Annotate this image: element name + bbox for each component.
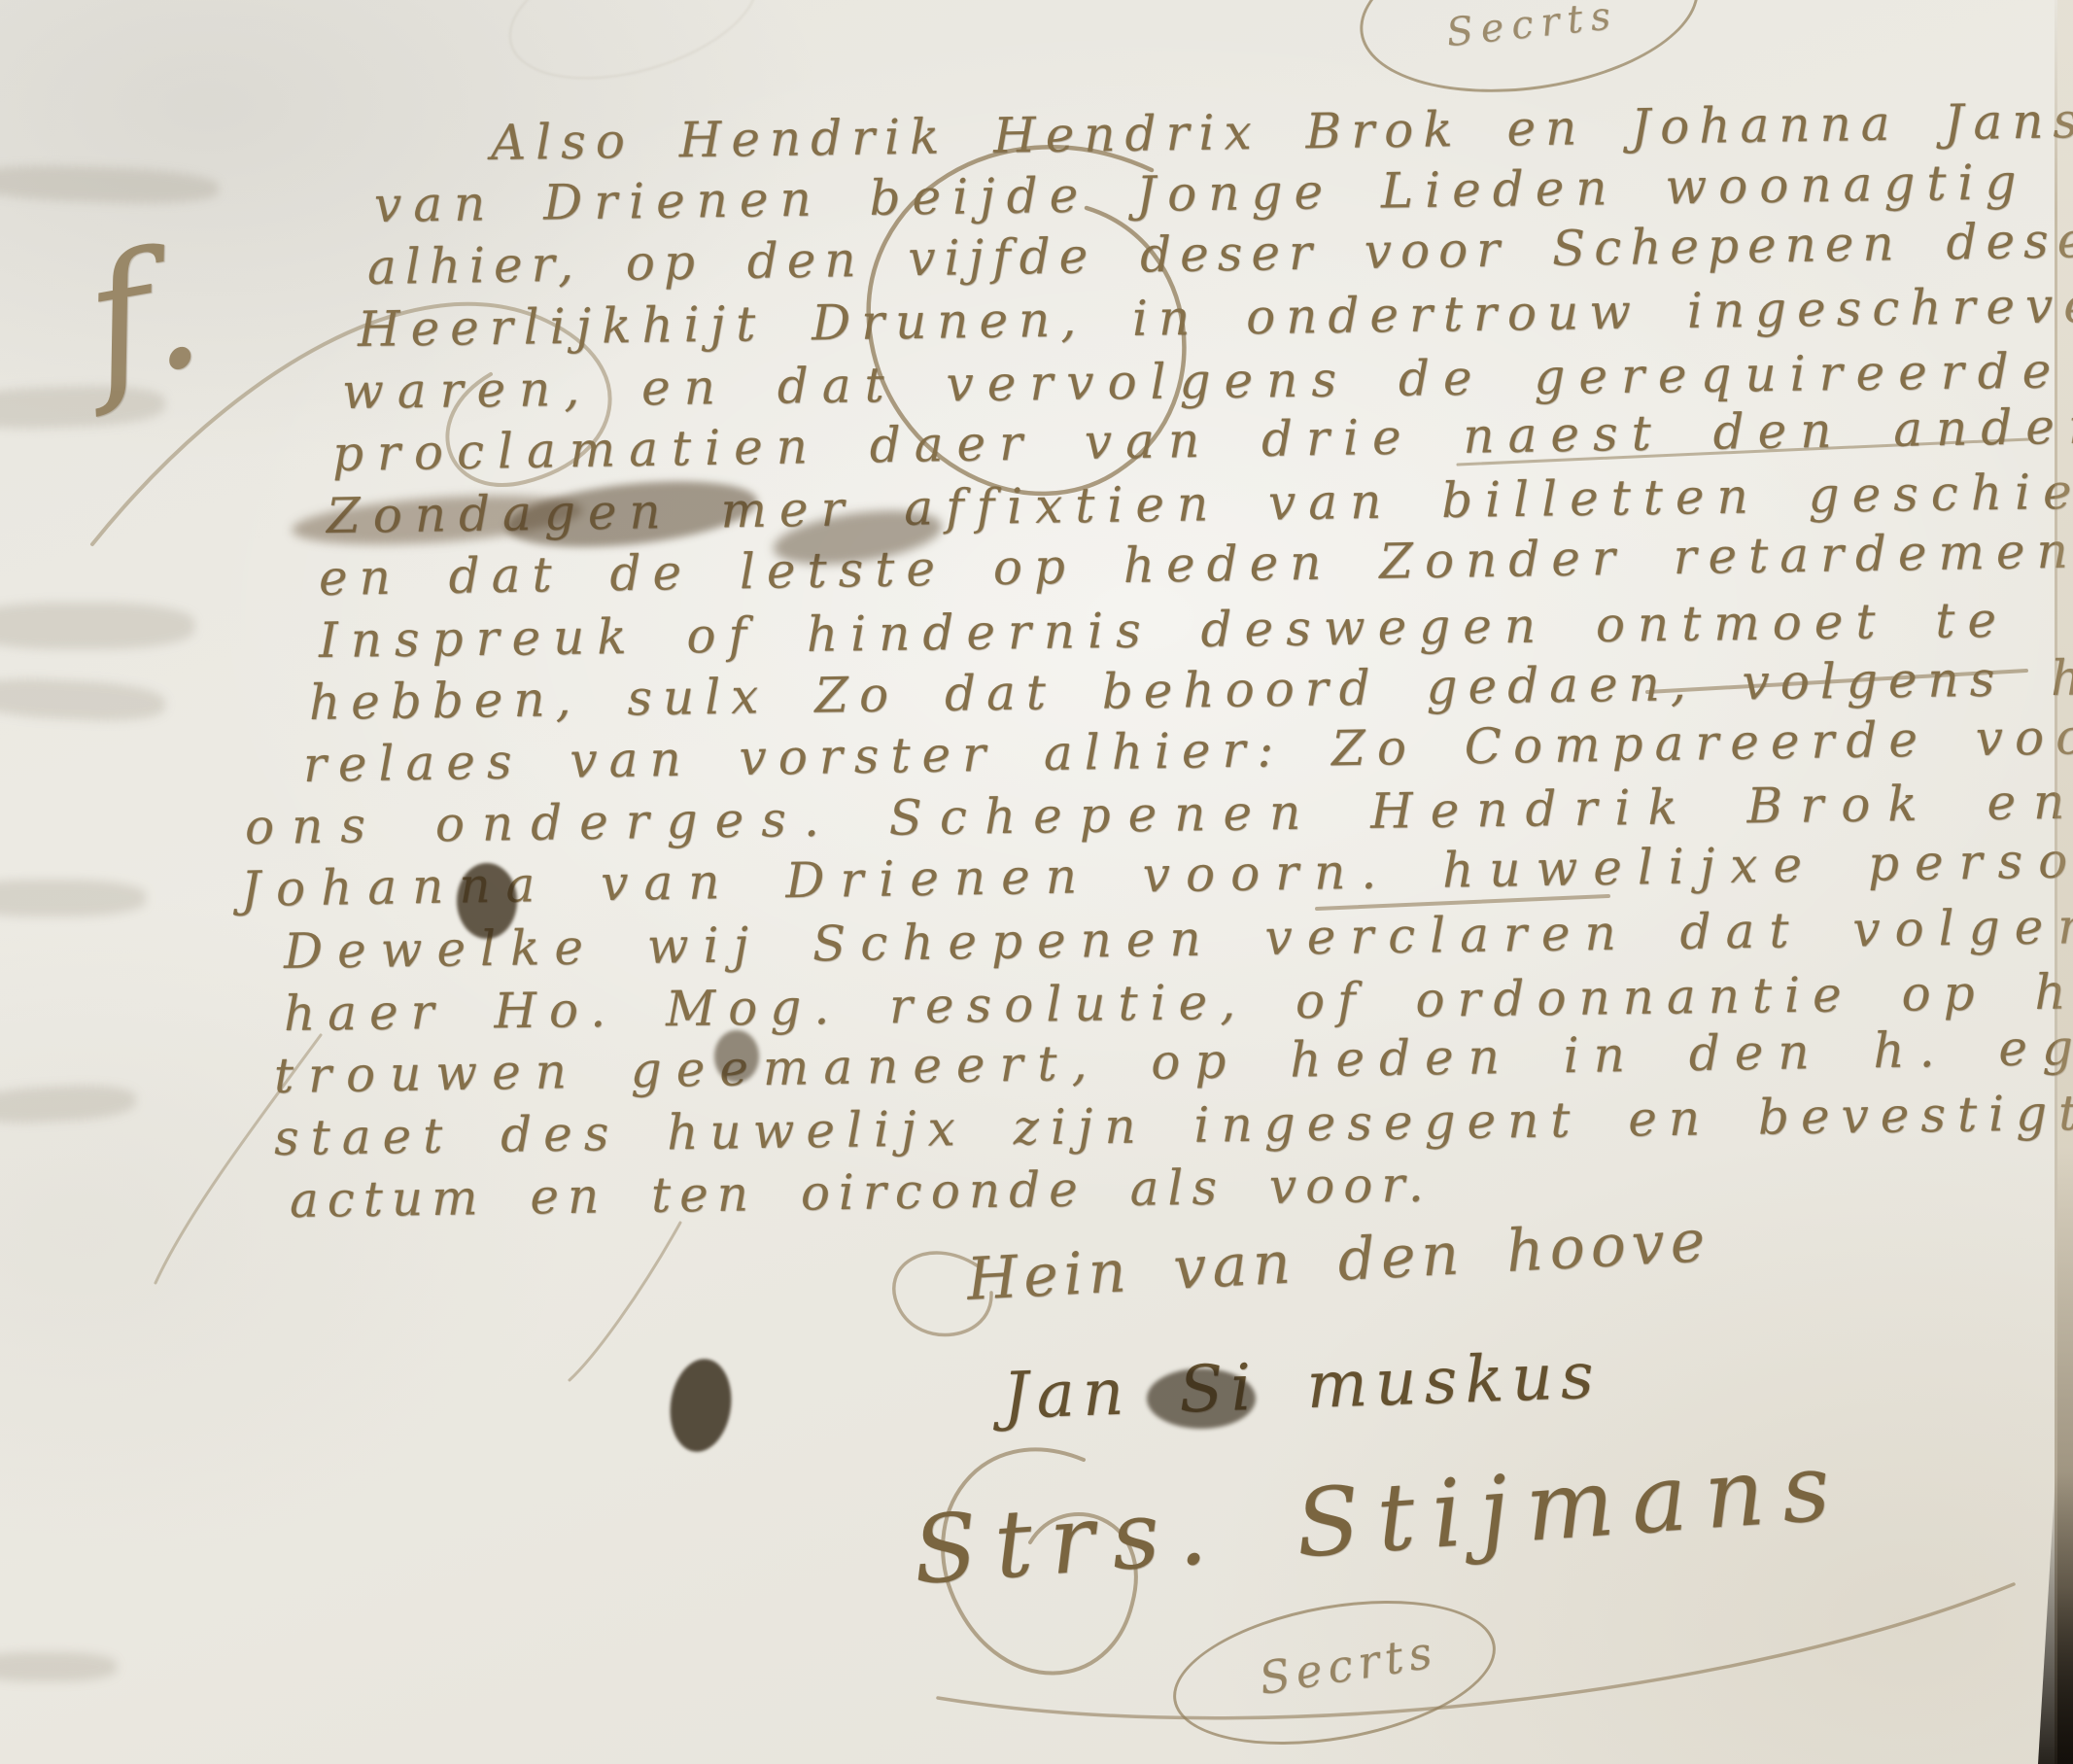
ink-blot-signature — [1147, 1368, 1256, 1429]
page-corner-shadow — [2034, 1472, 2073, 1764]
actum-tail-flourish — [570, 1223, 680, 1380]
text-line-18: actum en ten oirconde als voor. — [290, 1157, 1433, 1228]
ink-blot-onderges — [457, 863, 517, 939]
bleed-through-ghost — [0, 1652, 117, 1681]
bleed-through-ghost — [0, 163, 220, 207]
ink-blot-signature — [665, 1355, 738, 1456]
bleed-through-ghost — [0, 675, 166, 724]
ink-blot-line17 — [714, 1030, 759, 1083]
manuscript-page: f. Also Hendrik Hendrix Brok en Johanna … — [0, 0, 2073, 1764]
ghost-flourish-top — [493, 0, 774, 105]
bleed-through-ghost — [0, 1083, 137, 1126]
bleed-through-ghost — [0, 603, 194, 649]
margin-mark: f. — [76, 224, 212, 407]
signature-jan-si-muskus: Jan Si muskus — [1002, 1338, 1603, 1434]
signature-stijmans: Strs. Stijmans — [910, 1432, 1850, 1606]
bleed-through-ghost — [0, 880, 146, 917]
signature-hein-van-den-hoove: Hein van den hoove — [965, 1207, 1712, 1314]
